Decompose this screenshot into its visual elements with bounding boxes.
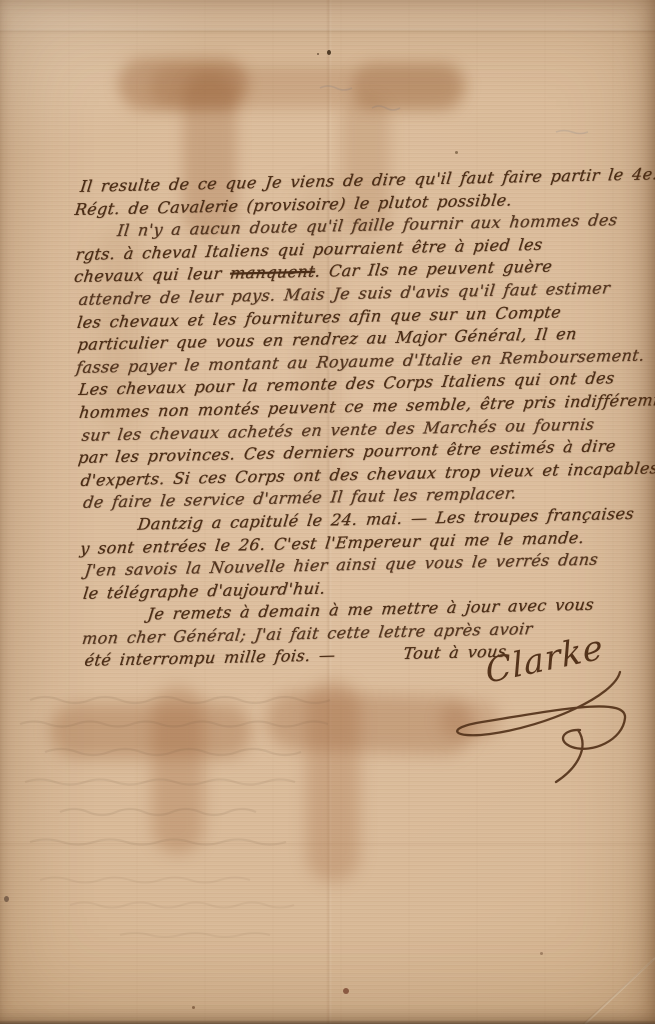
letter-body: Il resulte de ce que Je viens de dire qu… [74, 164, 651, 673]
scanned-letter-page: Il resulte de ce que Je viens de dire qu… [0, 0, 655, 1024]
lower-crease [0, 843, 655, 846]
foxing-spot [455, 151, 458, 154]
cross-stain [440, 700, 500, 740]
cross-stain [152, 686, 204, 854]
stain [150, 66, 460, 108]
cross-stain [306, 680, 360, 882]
line-fragment: chevaux qui leur [73, 264, 231, 286]
cross-stain [265, 690, 475, 755]
foxing-spot [192, 1006, 195, 1009]
line-fragment: été interrompu mille fois. — [84, 646, 337, 671]
stain [352, 62, 467, 110]
cross-stain [50, 704, 252, 758]
ink-speck [317, 53, 319, 55]
foxing-spot [4, 896, 9, 902]
foxing-spot [343, 988, 349, 994]
line-fragment: . Car Ils ne peuvent guère [314, 257, 553, 281]
bottom-edge-shadow [0, 1020, 655, 1024]
stain [118, 58, 248, 110]
foxing-spot [540, 952, 543, 955]
closing-salutation: Tout à vous [402, 642, 507, 663]
aged-paper: Il resulte de ce que Je viens de dire qu… [0, 0, 655, 1024]
struck-word: manquent [229, 262, 316, 283]
